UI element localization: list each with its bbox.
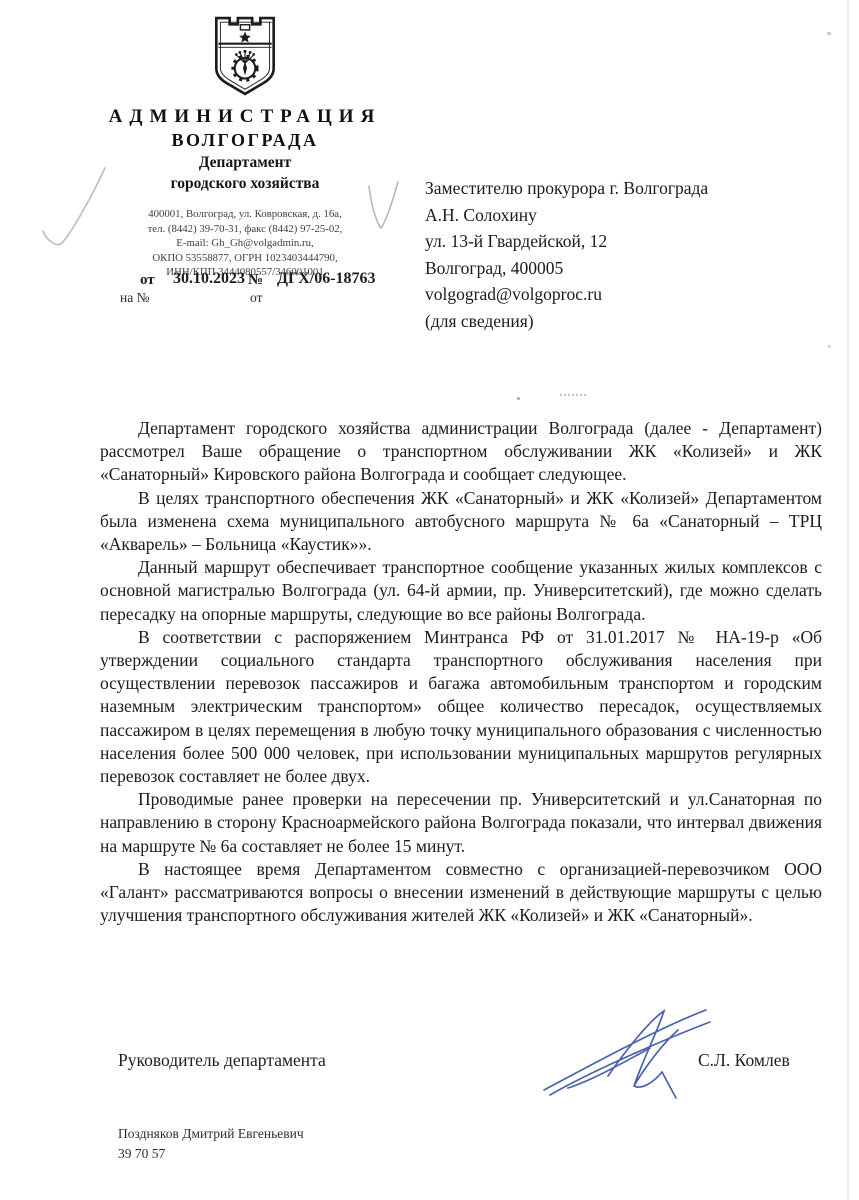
department-line1: Департамент xyxy=(95,154,395,172)
ink-smudge xyxy=(560,394,586,399)
body-paragraph: В целях транспортного обеспечения ЖК «Са… xyxy=(100,487,822,557)
executor-name: Поздняков Дмитрий Евгеньевич xyxy=(118,1124,304,1144)
recipient-block: Заместителю прокурора г. ВолгоградаА.Н. … xyxy=(425,175,708,334)
handwritten-signature-icon xyxy=(538,1002,718,1100)
body-paragraph: В соответствии с распоряжением Минтранса… xyxy=(100,626,822,788)
scan-edge-line xyxy=(847,0,849,1200)
ref-from-label: от xyxy=(140,272,155,289)
org-name-line1: АДМИНИСТРАЦИЯ xyxy=(95,106,395,128)
recipient-line: Заместителю прокурора г. Волгограда xyxy=(425,175,708,202)
signer-position: Руководитель департамента xyxy=(118,1050,326,1071)
letterhead: АДМИНИСТРАЦИЯ ВОЛГОГРАДА Департамент гор… xyxy=(95,14,395,280)
letter-body: Департамент городского хозяйства админис… xyxy=(100,417,822,927)
volgograd-coat-of-arms-icon xyxy=(213,14,277,98)
body-paragraph: Данный маршрут обеспечивает транспортное… xyxy=(100,556,822,626)
ink-smudge xyxy=(517,397,520,400)
recipient-line: ул. 13-й Гвардейской, 12 xyxy=(425,228,708,255)
scan-speck xyxy=(828,345,831,348)
ref-reply-label: на № xyxy=(120,290,149,306)
executor-block: Поздняков Дмитрий Евгеньевич 39 70 57 xyxy=(118,1124,304,1164)
ref-number-label: № xyxy=(248,272,263,289)
signer-name: С.Л. Комлев xyxy=(698,1050,790,1071)
contact-line: 400001, Волгоград, ул. Ковровская, д. 16… xyxy=(95,207,395,222)
recipient-line: А.Н. Солохину xyxy=(425,202,708,229)
scan-speck xyxy=(827,32,831,35)
pencil-tick-icon xyxy=(30,160,120,265)
recipient-line: (для сведения) xyxy=(425,308,708,335)
recipient-line: Волгоград, 400005 xyxy=(425,255,708,282)
body-paragraph: В настоящее время Департаментом совместн… xyxy=(100,858,822,928)
pencil-tick-icon xyxy=(362,178,404,236)
contact-line: ОКПО 53558877, ОГРН 1023403444790, xyxy=(95,251,395,266)
ref-number: ДГХ/06-18763 xyxy=(277,270,376,288)
body-paragraph: Проводимые ранее проверки на пересечении… xyxy=(100,788,822,858)
org-name-line2: ВОЛГОГРАДА xyxy=(95,130,395,151)
scanned-letter-page: АДМИНИСТРАЦИЯ ВОЛГОГРАДА Департамент гор… xyxy=(0,0,859,1200)
ref-date: 30.10.2023 xyxy=(173,270,245,288)
executor-phone: 39 70 57 xyxy=(118,1144,304,1164)
department-line2: городского хозяйства xyxy=(95,175,395,193)
reference-block: от 30.10.2023 № ДГХ/06-18763 на № от xyxy=(110,270,410,312)
recipient-line: volgograd@volgoproc.ru xyxy=(425,281,708,308)
contact-line: E-mail: Gh_Gh@volgadmin.ru, xyxy=(95,236,395,251)
ref-reply-from: от xyxy=(250,290,262,306)
body-paragraph: Департамент городского хозяйства админис… xyxy=(100,417,822,487)
contact-line: тел. (8442) 39-70-31, факс (8442) 97-25-… xyxy=(95,222,395,237)
